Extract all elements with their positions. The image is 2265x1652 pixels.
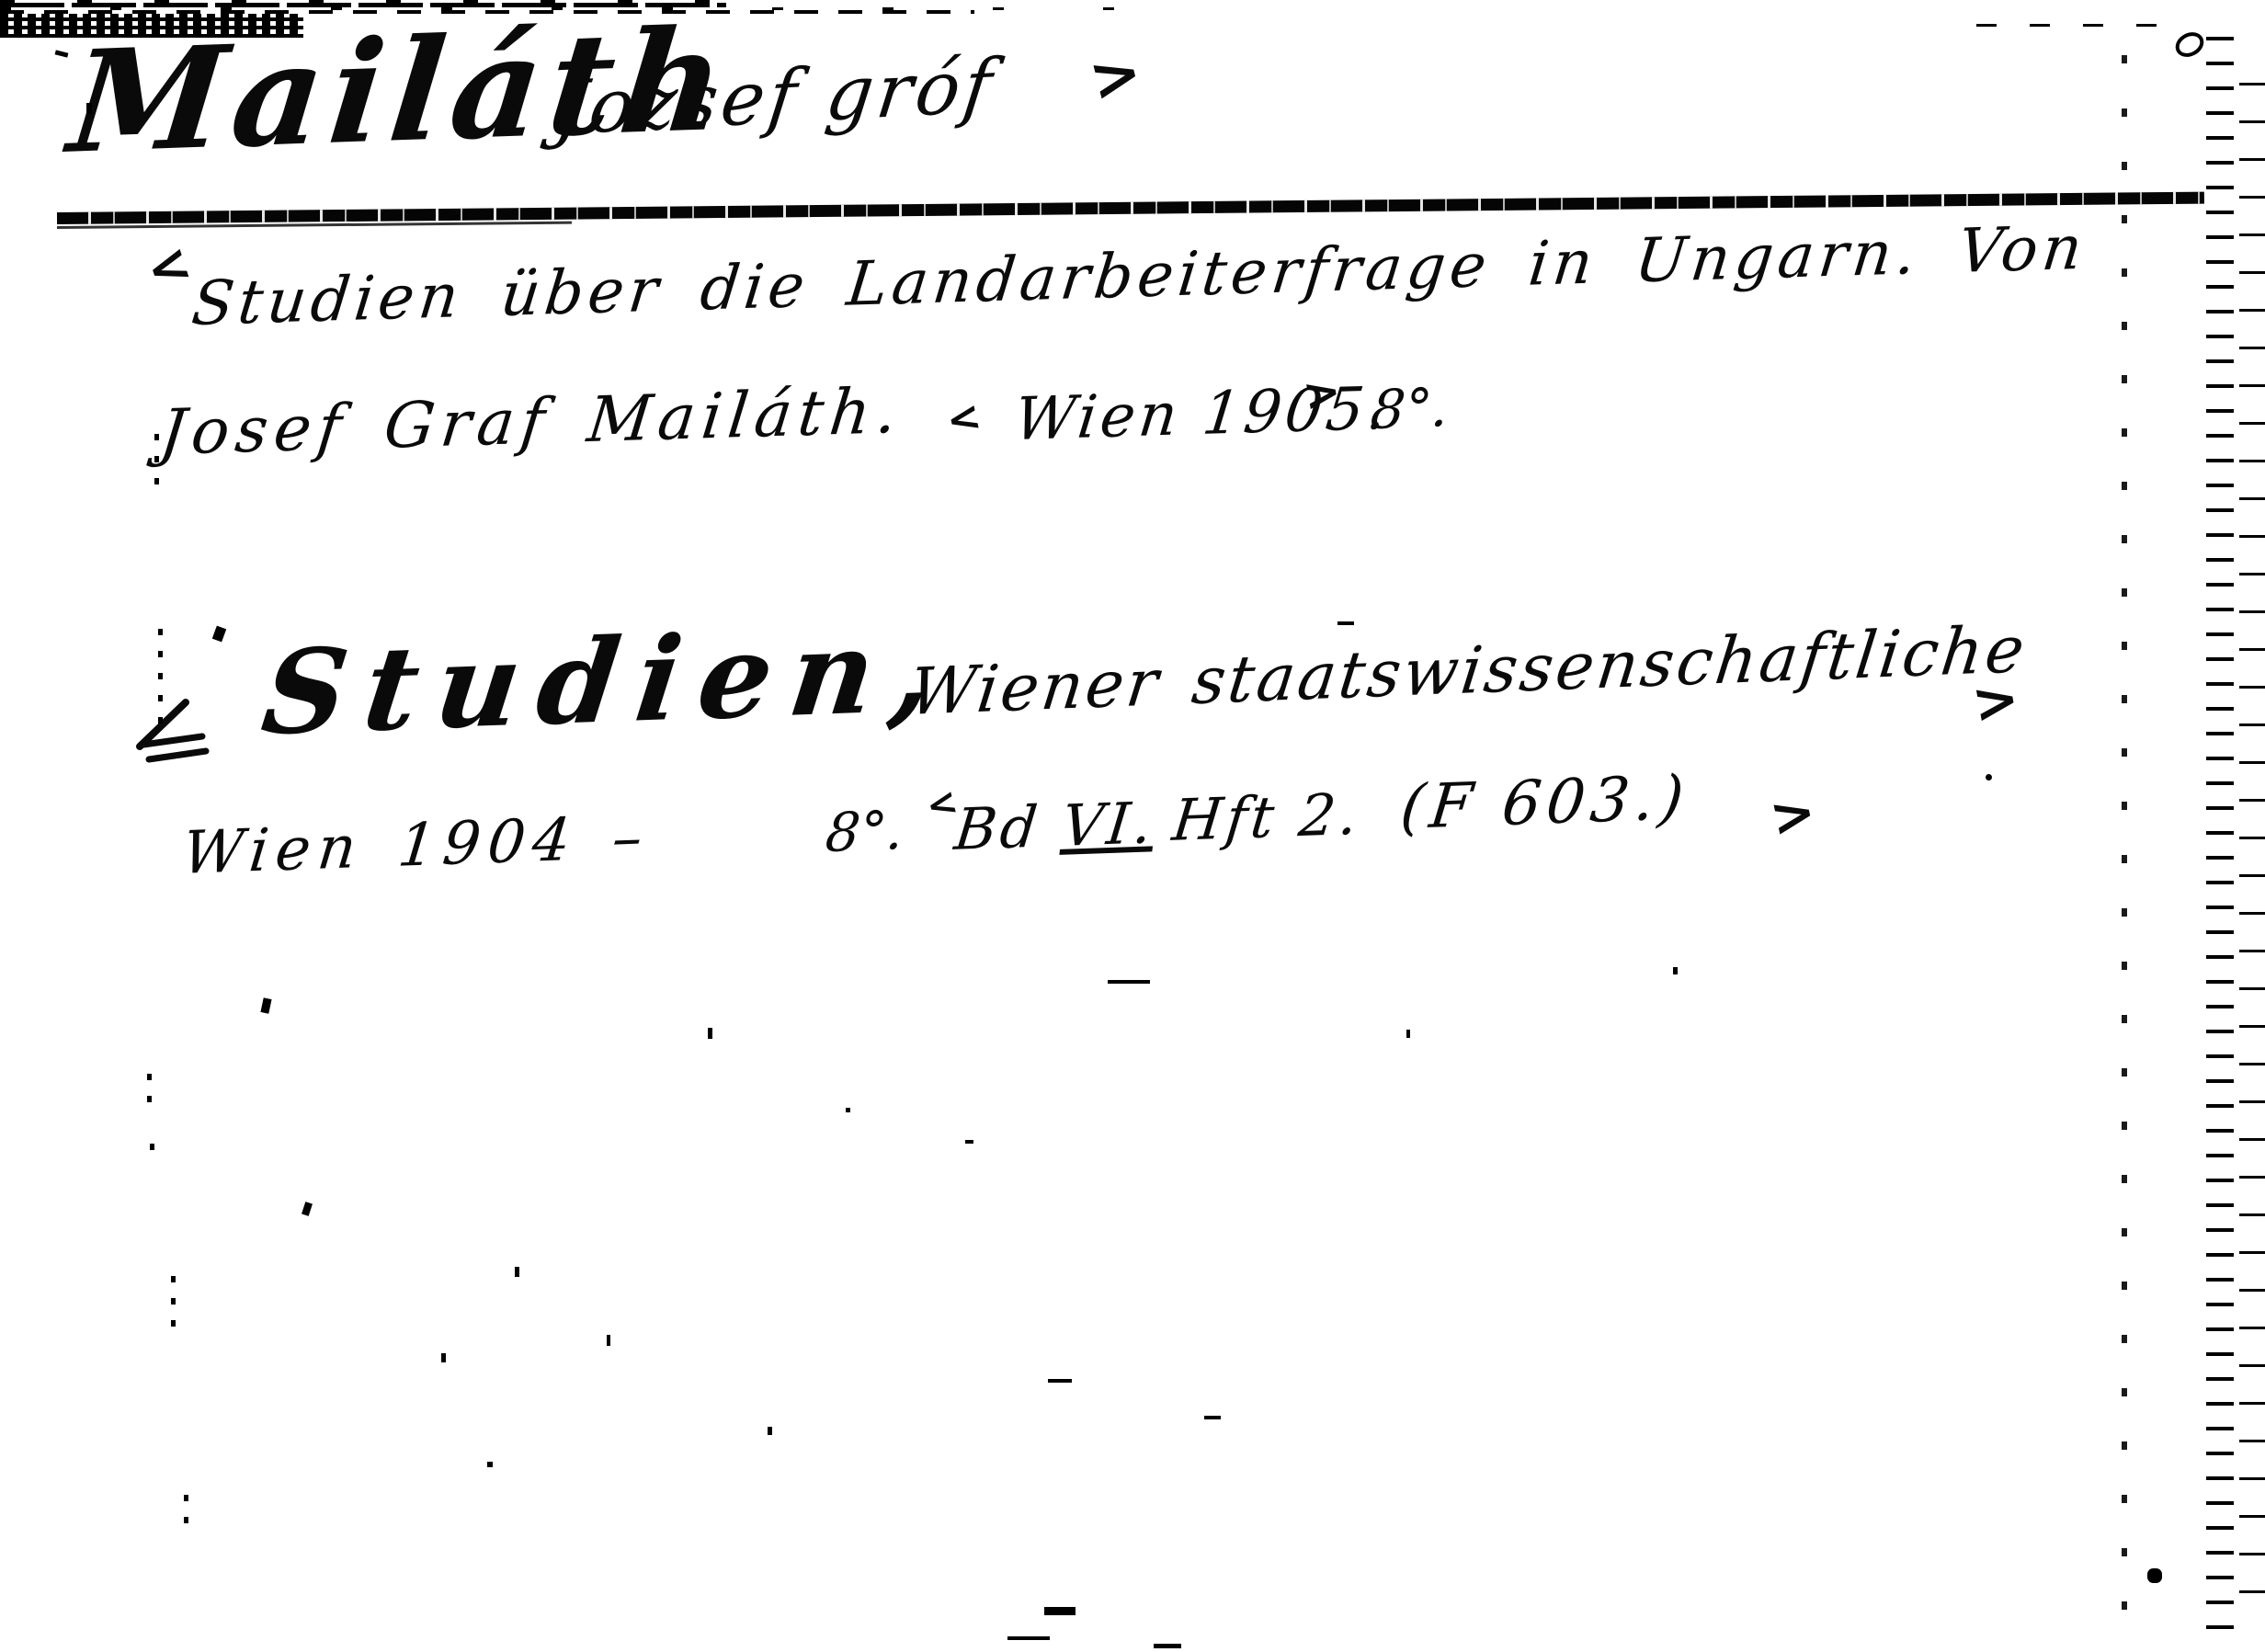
speck	[708, 1028, 712, 1039]
margin-dots	[171, 1276, 176, 1333]
speck	[1986, 774, 1992, 780]
chevron-right-icon: >	[1764, 780, 1821, 850]
speck	[515, 1267, 519, 1277]
speck	[1204, 1416, 1221, 1419]
entry2-series-title: Studien,	[256, 602, 959, 761]
entry1-format: 8°.	[1368, 376, 1451, 441]
margin-dots	[154, 434, 159, 498]
entry2-volume-label: Bd	[951, 792, 1044, 863]
entry1-author: Josef Graf Mailáth.	[156, 375, 907, 470]
speck	[768, 1427, 772, 1435]
margin-dots	[150, 1144, 154, 1158]
speck	[965, 1140, 973, 1144]
margin-dots	[184, 1495, 188, 1532]
speck	[302, 1202, 313, 1216]
chevron-right-icon: >	[1083, 35, 1149, 116]
speck	[260, 997, 271, 1014]
speck	[1048, 1379, 1072, 1383]
edge-tick-column	[2206, 37, 2234, 1636]
entry2-place-date: Wien 1904 –	[179, 803, 653, 888]
caret-mark-icon: <	[139, 232, 199, 302]
edge-dot-column	[2122, 55, 2127, 1636]
speck	[1154, 1644, 1181, 1648]
speck	[607, 1335, 610, 1346]
insert-arrow-icon	[129, 699, 230, 777]
speck	[846, 1108, 850, 1112]
scan-noise-line	[1976, 24, 2169, 27]
entry2-volume: Bd VI.	[951, 789, 1159, 863]
speck	[2147, 1568, 2162, 1583]
entry1-title-line: Studien über die Landarbeiterfrage in Un…	[188, 212, 2090, 339]
entry2-format: 8°.	[823, 799, 906, 864]
speck	[1337, 621, 1354, 625]
entry2-shelfmark: (F 603.)	[1397, 762, 1692, 843]
speck	[1007, 1636, 1050, 1640]
speck	[212, 626, 226, 643]
chevron-right-icon: >	[1299, 365, 1344, 422]
oval-blemish-icon	[2171, 28, 2208, 62]
margin-dots	[158, 629, 163, 732]
speck	[1044, 1607, 1076, 1615]
catalog-card-scan: Mailáth Jozsef gróf > < Studien über die…	[0, 0, 2265, 1652]
entry2-volume-number: VI.	[1059, 789, 1159, 860]
speck	[1406, 1030, 1410, 1038]
speck	[55, 50, 69, 57]
speck	[1673, 967, 1678, 974]
speck	[441, 1353, 446, 1362]
speck	[1108, 980, 1150, 984]
caret-mark-icon: <	[942, 393, 985, 446]
margin-dots	[147, 1074, 152, 1105]
entry2-issue: Hft 2.	[1169, 780, 1364, 854]
entry2-series-subtitle: Wiener staatswissenschaftliche	[905, 611, 2031, 730]
speck	[487, 1462, 493, 1467]
speck	[86, 103, 92, 114]
edge-tick-column	[2239, 83, 2265, 1627]
